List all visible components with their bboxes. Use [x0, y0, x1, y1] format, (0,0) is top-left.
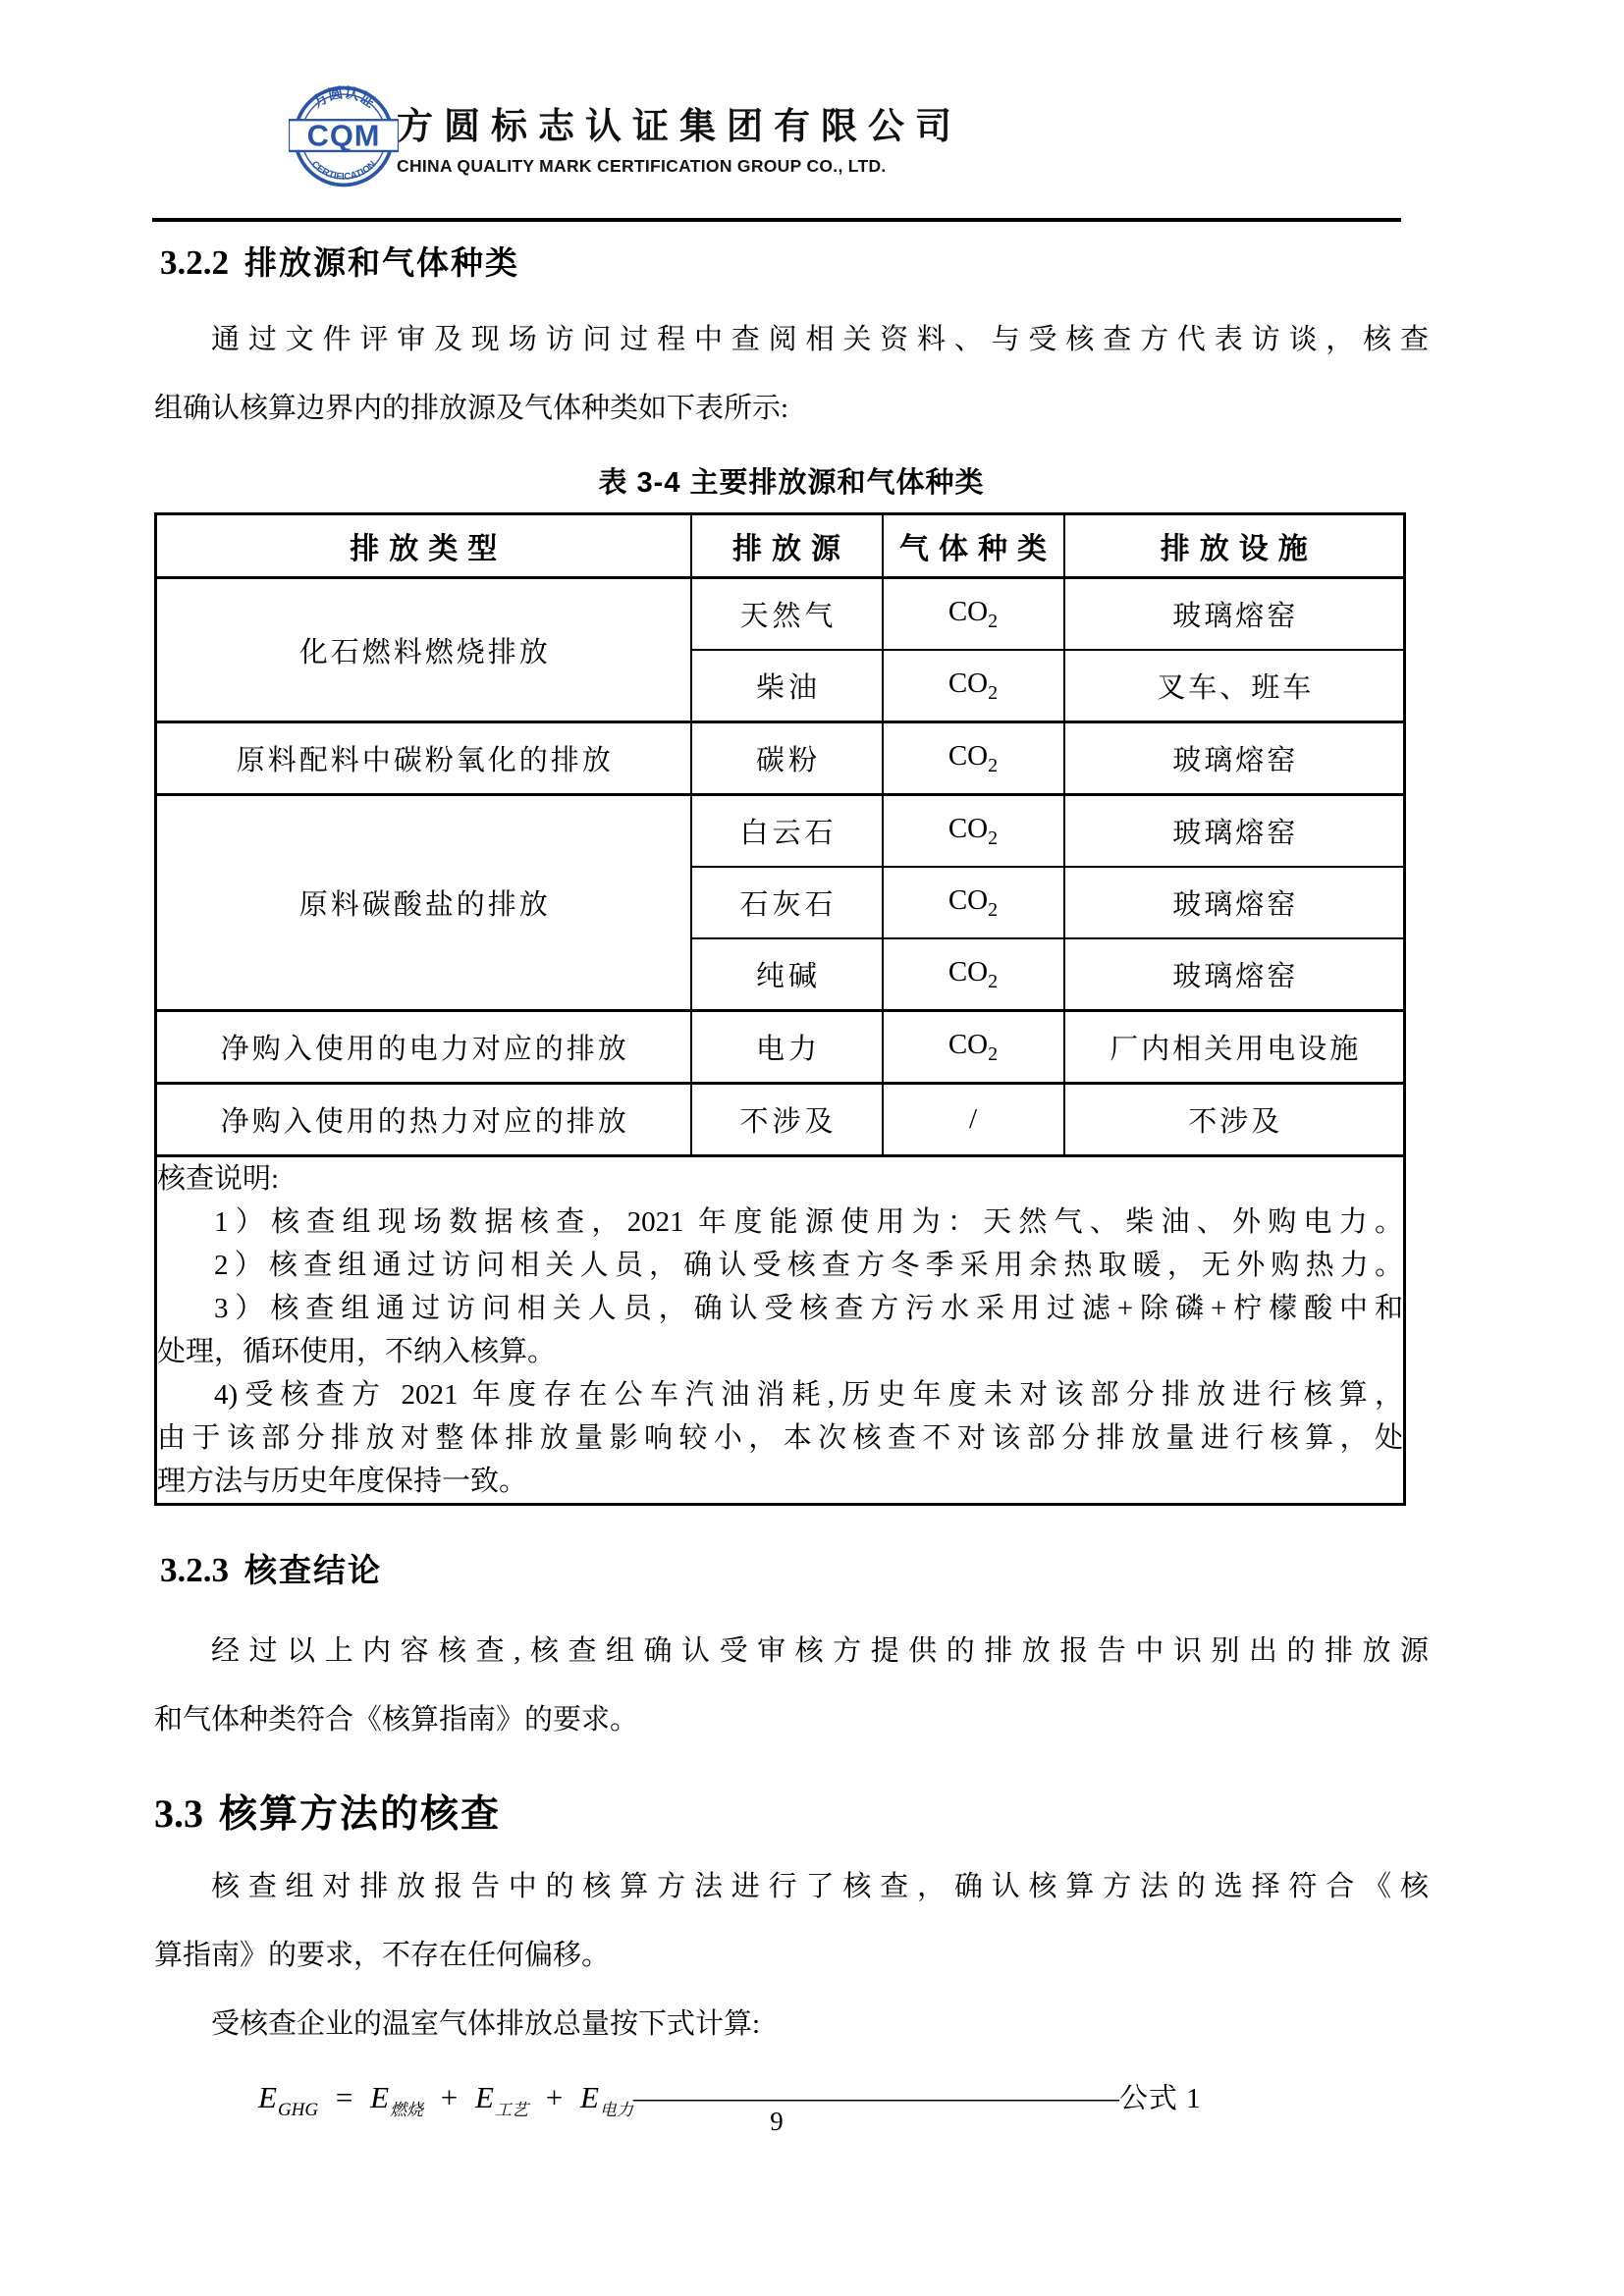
gas-subscript: 2 — [988, 899, 998, 921]
emission-facility-cell: 玻璃熔窑 — [1064, 938, 1405, 1011]
emission-source-cell: 碳粉 — [691, 722, 883, 795]
emission-facility-cell: 玻璃熔窑 — [1064, 867, 1405, 938]
verification-notes: 核查说明:1）核查组现场数据核查，2021 年度能源使用为：天然气、柴油、外购电… — [156, 1156, 1405, 1505]
gas-type-cell: CO2 — [883, 578, 1064, 651]
gas-subscript: 2 — [988, 611, 998, 632]
notes-row: 核查说明:1）核查组现场数据核查，2021 年度能源使用为：天然气、柴油、外购电… — [156, 1156, 1405, 1505]
emission-facility-cell: 玻璃熔窑 — [1064, 578, 1405, 651]
emission-source-cell: 石灰石 — [691, 867, 883, 938]
emission-facility-cell: 不涉及 — [1064, 1084, 1405, 1156]
emission-source-cell: 电力 — [691, 1011, 883, 1084]
text-line: 和气体种类符合《核算指南》的要求。 — [154, 1685, 1429, 1754]
emission-facility-cell: 厂内相关用电设施 — [1064, 1011, 1405, 1084]
gas-type-cell: CO2 — [883, 795, 1064, 868]
company-name-block: 方圆标志认证集团有限公司 CHINA QUALITY MARK CERTIFIC… — [397, 96, 962, 177]
emission-source-cell: 柴油 — [691, 650, 883, 722]
emission-facility-cell: 玻璃熔窑 — [1064, 795, 1405, 868]
text-line: 1）核查组现场数据核查，2021 年度能源使用为：天然气、柴油、外购电力。 — [157, 1201, 1403, 1244]
emission-type-cell: 净购入使用的热力对应的排放 — [156, 1084, 691, 1156]
emission-source-cell: 不涉及 — [691, 1084, 883, 1156]
gas-main: CO — [948, 740, 988, 772]
text-line: 4)受核查方 2021 年度存在公车汽油消耗,历史年度未对该部分排放进行核算， — [157, 1373, 1403, 1416]
table-header-cell: 气体种类 — [883, 514, 1064, 578]
emission-type-cell: 原料碳酸盐的排放 — [156, 795, 691, 1011]
text-line: 受核查企业的温室气体排放总量按下式计算: — [154, 1990, 1429, 2058]
section-title: 核查结论 — [244, 1552, 382, 1588]
section-number: 3.2.3 — [160, 1551, 229, 1589]
emission-facility-cell: 玻璃熔窑 — [1064, 722, 1405, 795]
emission-source-table: 排放类型排放源气体种类排放设施 化石燃料燃烧排放天然气CO2玻璃熔窑柴油CO2叉… — [154, 512, 1406, 1506]
gas-subscript: 2 — [988, 755, 998, 776]
gas-main: CO — [948, 813, 988, 844]
table-row: 原料碳酸盐的排放白云石CO2玻璃熔窑 — [156, 795, 1405, 868]
emission-source-cell: 天然气 — [691, 578, 883, 651]
company-name-cn: 方圆标志认证集团有限公司 — [397, 96, 962, 149]
header-rule — [152, 218, 1401, 222]
table-header-cell: 排放类型 — [156, 514, 691, 578]
page-number: 9 — [152, 2107, 1401, 2137]
section-title: 核算方法的核查 — [219, 1793, 501, 1836]
paragraph-323: 经过以上内容核查,核查组确认受审核方提供的排放报告中识别出的排放源和气体种类符合… — [154, 1617, 1429, 1754]
gas-type-cell: CO2 — [883, 1011, 1064, 1084]
gas-main: CO — [948, 596, 988, 627]
table-row: 净购入使用的电力对应的排放电力CO2厂内相关用电设施 — [156, 1011, 1405, 1084]
emission-type-cell: 化石燃料燃烧排放 — [156, 578, 691, 722]
table-header-cell: 排放源 — [691, 514, 883, 578]
emission-type-cell: 净购入使用的电力对应的排放 — [156, 1011, 691, 1084]
section-title: 排放源和气体种类 — [244, 244, 519, 281]
cqm-logo: 方圆认证 CERTIFICATION CQM — [289, 79, 399, 194]
section-number: 3.3 — [154, 1791, 203, 1836]
document-page: 方圆认证 CERTIFICATION CQM 方圆标志认证集团有限公司 CHIN… — [0, 0, 1624, 2296]
gas-main: CO — [948, 956, 988, 988]
emission-facility-cell: 叉车、班车 — [1064, 650, 1405, 722]
table-row: 化石燃料燃烧排放天然气CO2玻璃熔窑 — [156, 578, 1405, 651]
gas-subscript: 2 — [988, 828, 998, 849]
emission-type-cell: 原料配料中碳粉氧化的排放 — [156, 722, 691, 795]
table-header-row: 排放类型排放源气体种类排放设施 — [156, 514, 1405, 578]
text-line: 由于该部分排放对整体排放量影响较小，本次核查不对该部分排放量进行核算，处 — [157, 1416, 1403, 1460]
gas-main: CO — [948, 667, 988, 699]
page-content: 3.2.2排放源和气体种类 通过文件评审及现场访问过程中查阅相关资料、与受核查方… — [154, 238, 1429, 2121]
paragraph-33b: 受核查企业的温室气体排放总量按下式计算: — [154, 1990, 1429, 2058]
gas-main: CO — [948, 1029, 988, 1060]
text-line: 算指南》的要求，不存在任何偏移。 — [154, 1921, 1429, 1990]
table-caption: 表 3-4 主要排放源和气体种类 — [154, 460, 1429, 501]
text-line: 通过文件评审及现场访问过程中查阅相关资料、与受核查方代表访谈，核查 — [154, 305, 1429, 374]
table-row: 原料配料中碳粉氧化的排放碳粉CO2玻璃熔窑 — [156, 722, 1405, 795]
text-line: 核查说明: — [157, 1157, 1403, 1201]
logo-acronym: CQM — [307, 118, 381, 152]
gas-subscript: 2 — [988, 971, 998, 992]
section-heading-323: 3.2.3核查结论 — [160, 1545, 1429, 1591]
emission-source-cell: 纯碱 — [691, 938, 883, 1011]
gas-type-cell: CO2 — [883, 650, 1064, 722]
section-heading-33: 3.3核算方法的核查 — [154, 1784, 1429, 1839]
text-line: 处理，循环使用，不纳入核算。 — [157, 1330, 1403, 1373]
company-name-en: CHINA QUALITY MARK CERTIFICATION GROUP C… — [397, 156, 962, 177]
gas-type-cell: CO2 — [883, 938, 1064, 1011]
gas-subscript: 2 — [988, 682, 998, 704]
gas-subscript: 2 — [988, 1043, 998, 1065]
cqm-logo-graphic: 方圆认证 CERTIFICATION CQM — [289, 79, 399, 194]
gas-type-cell: CO2 — [883, 722, 1064, 795]
emission-source-cell: 白云石 — [691, 795, 883, 868]
verification-notes-text: 核查说明:1）核查组现场数据核查，2021 年度能源使用为：天然气、柴油、外购电… — [157, 1157, 1403, 1503]
gas-main: / — [969, 1103, 977, 1135]
text-line: 3）核查组通过访问相关人员，确认受核查方污水采用过滤+除磷+柠檬酸中和 — [157, 1287, 1403, 1330]
text-line: 组确认核算边界内的排放源及气体种类如下表所示: — [154, 374, 1429, 443]
section-number: 3.2.2 — [160, 243, 229, 282]
section-heading-322: 3.2.2排放源和气体种类 — [160, 238, 1429, 284]
table-header-cell: 排放设施 — [1064, 514, 1405, 578]
gas-type-cell: / — [883, 1084, 1064, 1156]
text-line: 理方法与历史年度保持一致。 — [157, 1460, 1403, 1503]
paragraph-322: 通过文件评审及现场访问过程中查阅相关资料、与受核查方代表访谈，核查组确认核算边界… — [154, 305, 1429, 443]
text-line: 核查组对排放报告中的核算方法进行了核查，确认核算方法的选择符合《核 — [154, 1852, 1429, 1921]
paragraph-33: 核查组对排放报告中的核算方法进行了核查，确认核算方法的选择符合《核算指南》的要求… — [154, 1852, 1429, 1990]
gas-main: CO — [948, 884, 988, 916]
text-line: 2）核查组通过访问相关人员，确认受核查方冬季采用余热取暖，无外购热力。 — [157, 1244, 1403, 1287]
text-line: 经过以上内容核查,核查组确认受审核方提供的排放报告中识别出的排放源 — [154, 1617, 1429, 1685]
table-row: 净购入使用的热力对应的排放不涉及/不涉及 — [156, 1084, 1405, 1156]
gas-type-cell: CO2 — [883, 867, 1064, 938]
